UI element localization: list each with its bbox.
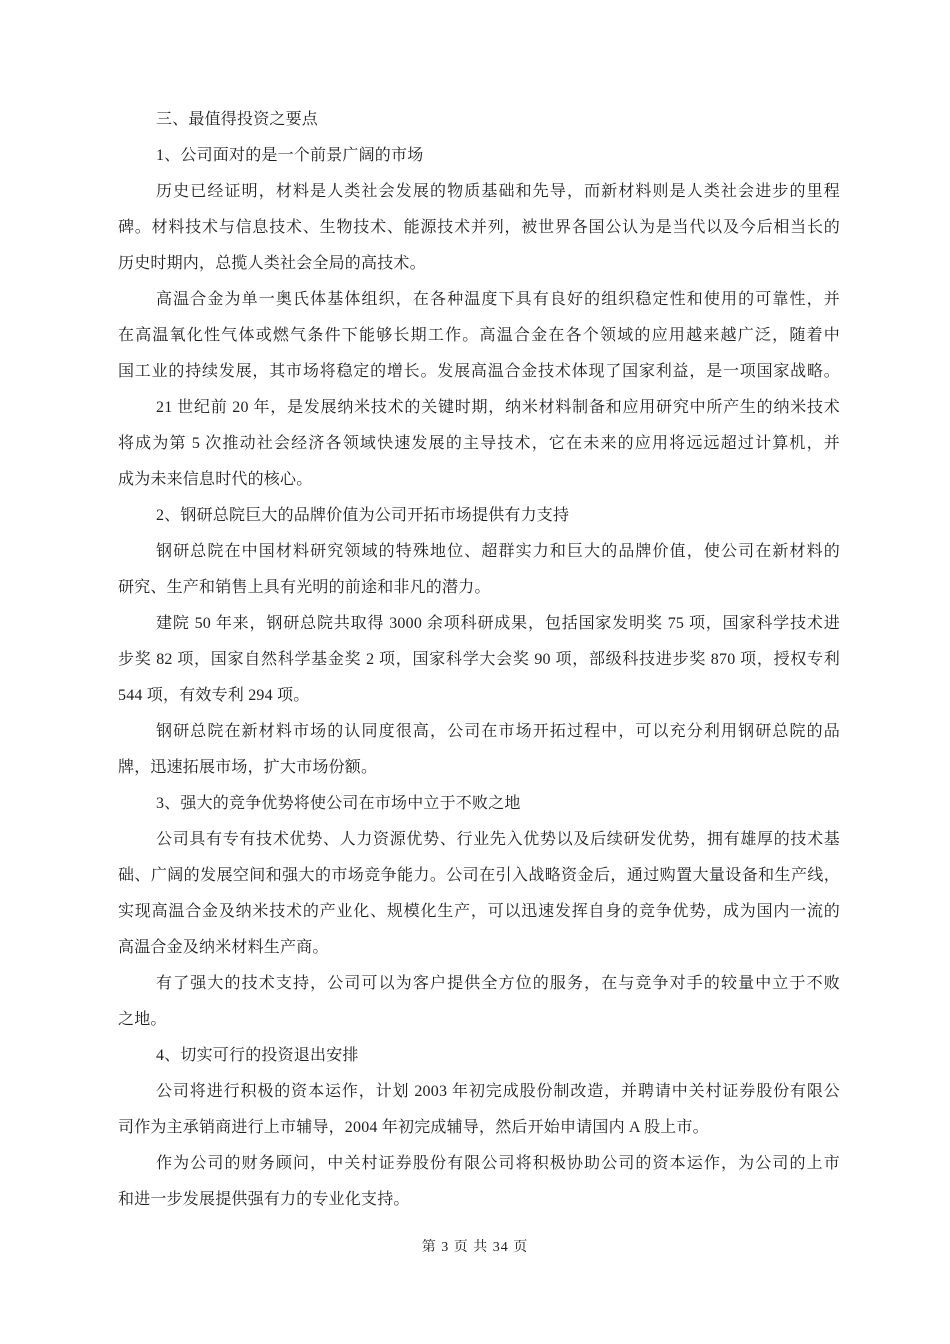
numbered-subheading: 2、钢研总院巨大的品牌价值为公司开拓市场提供有力支持 [118, 498, 840, 534]
text-line: 成为未来信息时代的核心。 [118, 462, 840, 498]
paragraph: 建院 50 年来，钢研总院共取得 3000 余项科研成果，包括国家发明奖 75 … [118, 606, 840, 714]
text-line: 有了强大的技术支持，公司可以为客户提供全方位的服务，在与竞争对手的较量中立于不败 [118, 966, 840, 1002]
text-line: 三、最值得投资之要点 [118, 102, 840, 138]
text-line: 历史已经证明，材料是人类社会发展的物质基础和先导，而新材料则是人类社会进步的里程 [118, 174, 840, 210]
paragraph: 钢研总院在新材料市场的认同度很高，公司在市场开拓过程中，可以充分利用钢研总院的品… [118, 714, 840, 786]
text-line: 544 项，有效专利 294 项。 [118, 678, 840, 714]
text-line: 牌，迅速拓展市场，扩大市场份额。 [118, 750, 840, 786]
text-line: 1、公司面对的是一个前景广阔的市场 [118, 138, 840, 174]
text-line: 钢研总院在新材料市场的认同度很高，公司在市场开拓过程中，可以充分利用钢研总院的品 [118, 714, 840, 750]
text-line: 4、切实可行的投资退出安排 [118, 1038, 840, 1074]
text-line: 公司具有专有技术优势、人力资源优势、行业先入优势以及后续研发优势，拥有雄厚的技术… [118, 822, 840, 858]
paragraph: 公司具有专有技术优势、人力资源优势、行业先入优势以及后续研发优势，拥有雄厚的技术… [118, 822, 840, 966]
paragraph: 历史已经证明，材料是人类社会发展的物质基础和先导，而新材料则是人类社会进步的里程… [118, 174, 840, 282]
text-line: 在高温氧化性气体或燃气条件下能够长期工作。高温合金在各个领域的应用越来越广泛，随… [118, 318, 840, 354]
text-line: 建院 50 年来，钢研总院共取得 3000 余项科研成果，包括国家发明奖 75 … [118, 606, 840, 642]
text-line: 2、钢研总院巨大的品牌价值为公司开拓市场提供有力支持 [118, 498, 840, 534]
text-line: 钢研总院在中国材料研究领域的特殊地位、超群实力和巨大的品牌价值，使公司在新材料的 [118, 534, 840, 570]
section-heading: 三、最值得投资之要点 [118, 102, 840, 138]
paragraph: 作为公司的财务顾问，中关村证券股份有限公司将积极协助公司的资本运作，为公司的上市… [118, 1146, 840, 1218]
text-line: 国工业的持续发展，其市场将稳定的增长。发展高温合金技术体现了国家利益，是一项国家… [118, 354, 840, 390]
text-line: 础、广阔的发展空间和强大的市场竞争能力。公司在引入战略资金后，通过购置大量设备和… [118, 858, 840, 894]
numbered-subheading: 4、切实可行的投资退出安排 [118, 1038, 840, 1074]
text-line: 3、强大的竞争优势将使公司在市场中立于不败之地 [118, 786, 840, 822]
text-line: 作为公司的财务顾问，中关村证券股份有限公司将积极协助公司的资本运作，为公司的上市 [118, 1146, 840, 1182]
document-page: { "page": { "background": "#ffffff", "te… [0, 0, 950, 1344]
numbered-subheading: 1、公司面对的是一个前景广阔的市场 [118, 138, 840, 174]
paragraph: 钢研总院在中国材料研究领域的特殊地位、超群实力和巨大的品牌价值，使公司在新材料的… [118, 534, 840, 606]
text-line: 研究、生产和销售上具有光明的前途和非凡的潜力。 [118, 570, 840, 606]
paragraph: 高温合金为单一奥氏体基体组织，在各种温度下具有良好的组织稳定性和使用的可靠性，并… [118, 282, 840, 390]
text-line: 司作为主承销商进行上市辅导，2004 年初完成辅导，然后开始申请国内 A 股上市… [118, 1110, 840, 1146]
paragraph: 有了强大的技术支持，公司可以为客户提供全方位的服务，在与竞争对手的较量中立于不败… [118, 966, 840, 1038]
text-line: 历史时期内，总揽人类社会全局的高技术。 [118, 246, 840, 282]
text-line: 和进一步发展提供强有力的专业化支持。 [118, 1182, 840, 1218]
text-line: 步奖 82 项，国家自然科学基金奖 2 项，国家科学大会奖 90 项，部级科技进… [118, 642, 840, 678]
text-line: 高温合金及纳米材料生产商。 [118, 930, 840, 966]
text-line: 公司将进行积极的资本运作，计划 2003 年初完成股份制改造，并聘请中关村证券股… [118, 1074, 840, 1110]
text-line: 碑。材料技术与信息技术、生物技术、能源技术并列，被世界各国公认为是当代以及今后相… [118, 210, 840, 246]
text-line: 之地。 [118, 1002, 840, 1038]
page-footer: 第 3 页 共 34 页 [0, 1238, 950, 1258]
page-body: 三、最值得投资之要点 1、公司面对的是一个前景广阔的市场 历史已经证明，材料是人… [118, 102, 840, 1218]
text-line: 21 世纪前 20 年，是发展纳米技术的关键时期，纳米材料制备和应用研究中所产生… [118, 390, 840, 426]
page-number: 第 3 页 共 34 页 [422, 1240, 529, 1255]
text-line: 高温合金为单一奥氏体基体组织，在各种温度下具有良好的组织稳定性和使用的可靠性，并 [118, 282, 840, 318]
text-line: 实现高温合金及纳米技术的产业化、规模化生产，可以迅速发挥自身的竞争优势，成为国内… [118, 894, 840, 930]
numbered-subheading: 3、强大的竞争优势将使公司在市场中立于不败之地 [118, 786, 840, 822]
text-line: 将成为第 5 次推动社会经济各领域快速发展的主导技术，它在未来的应用将远远超过计… [118, 426, 840, 462]
paragraph: 21 世纪前 20 年，是发展纳米技术的关键时期，纳米材料制备和应用研究中所产生… [118, 390, 840, 498]
paragraph: 公司将进行积极的资本运作，计划 2003 年初完成股份制改造，并聘请中关村证券股… [118, 1074, 840, 1146]
